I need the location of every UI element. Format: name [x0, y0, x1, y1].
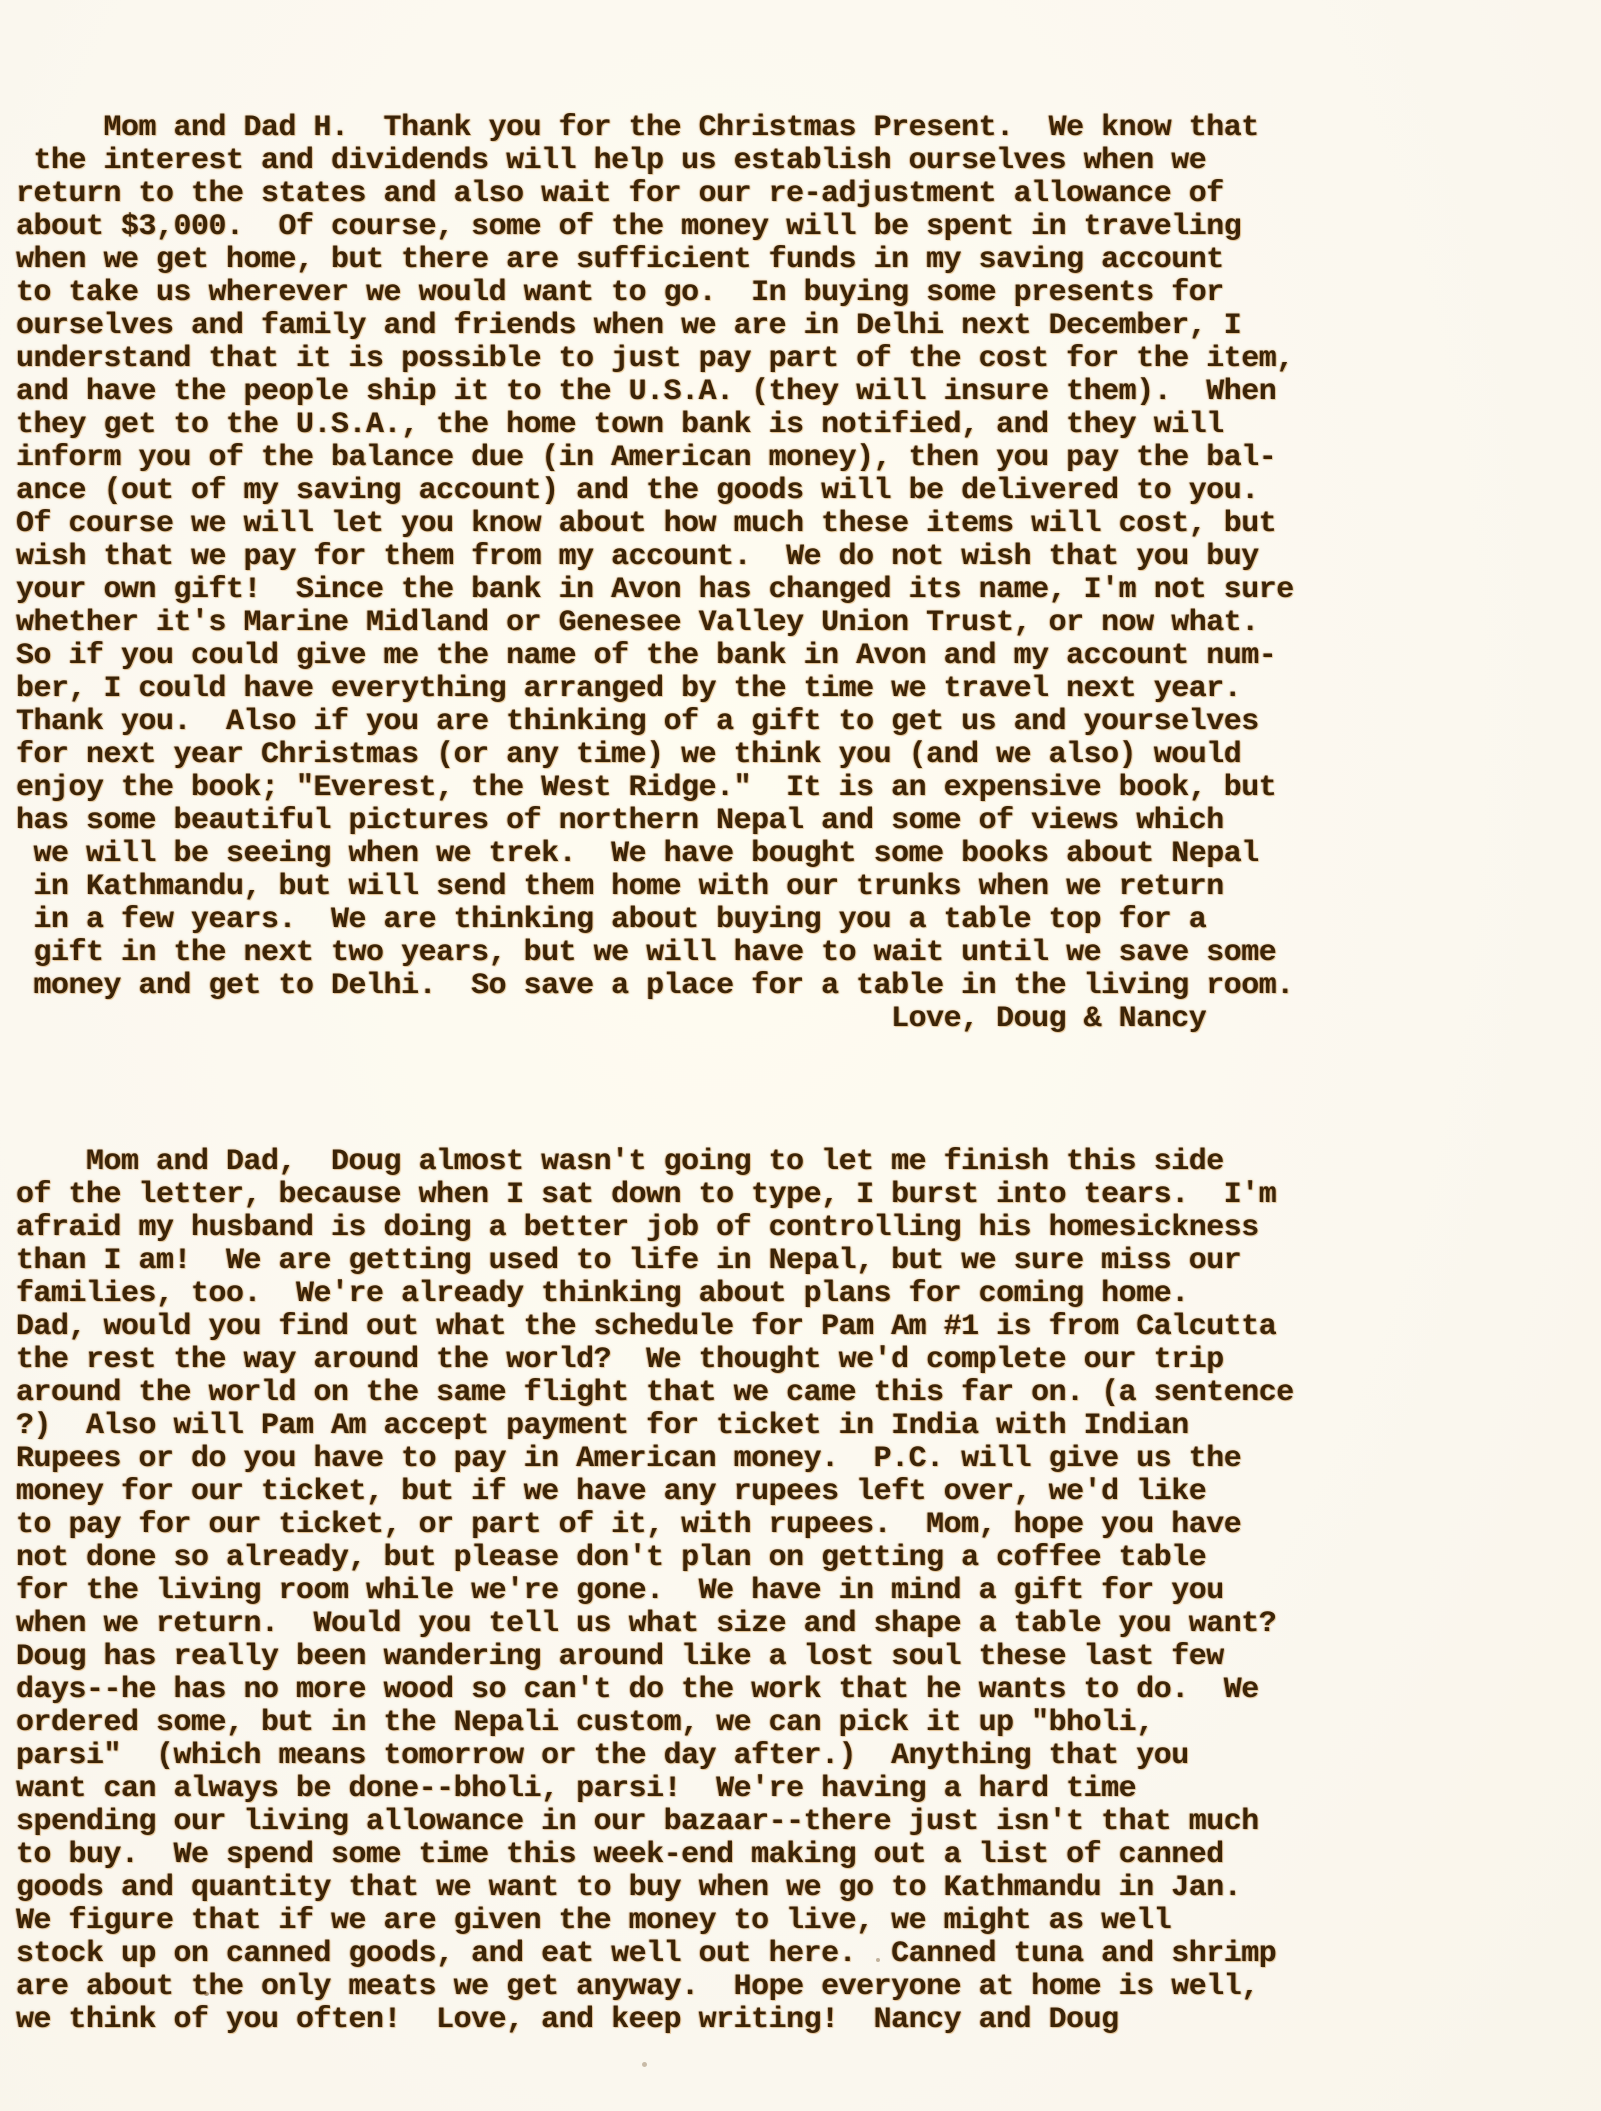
letter-paragraph-doug: Mom and Dad H. Thank you for the Christm…	[16, 112, 1576, 1036]
letter-line: spending our living allowance in our baz…	[16, 1806, 1576, 1839]
letter-line: when we get home, but there are sufficie…	[16, 244, 1576, 277]
letter-line: Of course we will let you know about how…	[16, 508, 1576, 541]
letter-line: to buy. We spend some time this week-end…	[16, 1839, 1576, 1872]
letter-line: for next year Christmas (or any time) we…	[16, 739, 1576, 772]
letter-line: the interest and dividends will help us …	[16, 145, 1576, 178]
letter-paragraph-nancy: Mom and Dad, Doug almost wasn't going to…	[16, 1146, 1576, 2037]
letter-line: they get to the U.S.A., the home town ba…	[16, 409, 1576, 442]
letter-line: not done so already, but please don't pl…	[16, 1542, 1576, 1575]
letter-line: understand that it is possible to just p…	[16, 343, 1576, 376]
letter-line: stock up on canned goods, and eat well o…	[16, 1938, 1576, 1971]
letter-line: goods and quantity that we want to buy w…	[16, 1872, 1576, 1905]
letter-line: money for our ticket, but if we have any…	[16, 1476, 1576, 1509]
ink-speck	[204, 1992, 209, 1996]
letter-line: and have the people ship it to the U.S.A…	[16, 376, 1576, 409]
letter-line: ordered some, but in the Nepali custom, …	[16, 1707, 1576, 1740]
letter-line: ber, I could have everything arranged by…	[16, 673, 1576, 706]
letter-line: days--he has no more wood so can't do th…	[16, 1674, 1576, 1707]
letter-line: are about the only meats we get anyway. …	[16, 1971, 1576, 2004]
letter-line: money and get to Delhi. So save a place …	[16, 970, 1576, 1003]
letter-line: Mom and Dad H. Thank you for the Christm…	[16, 112, 1576, 145]
letter-line: wish that we pay for them from my accoun…	[16, 541, 1576, 574]
letter-line: when we return. Would you tell us what s…	[16, 1608, 1576, 1641]
letter-line: to take us wherever we would want to go.…	[16, 277, 1576, 310]
letter-line: So if you could give me the name of the …	[16, 640, 1576, 673]
letter-line: return to the states and also wait for o…	[16, 178, 1576, 211]
letter-line: Mom and Dad, Doug almost wasn't going to…	[16, 1146, 1576, 1179]
letter-line: ?) Also will Pam Am accept payment for t…	[16, 1410, 1576, 1443]
letter-line: Doug has really been wandering around li…	[16, 1641, 1576, 1674]
letter-line: in a few years. We are thinking about bu…	[16, 904, 1576, 937]
letter-line: about $3,000. Of course, some of the mon…	[16, 211, 1576, 244]
letter-line: families, too. We're already thinking ab…	[16, 1278, 1576, 1311]
letter-line: We figure that if we are given the money…	[16, 1905, 1576, 1938]
letter-line: enjoy the book; "Everest, the West Ridge…	[16, 772, 1576, 805]
letter-line: than I am! We are getting used to life i…	[16, 1245, 1576, 1278]
letter-line: Love, Doug & Nancy	[16, 1003, 1576, 1036]
letter-line: around the world on the same flight that…	[16, 1377, 1576, 1410]
letter-body: Mom and Dad H. Thank you for the Christm…	[16, 46, 1576, 2103]
letter-line: ance (out of my saving account) and the …	[16, 475, 1576, 508]
ink-speck	[876, 1958, 880, 1962]
letter-line: the rest the way around the world? We th…	[16, 1344, 1576, 1377]
letter-line: afraid my husband is doing a better job …	[16, 1212, 1576, 1245]
ink-speck	[642, 2062, 647, 2067]
letter-line: want can always be done--bholi, parsi! W…	[16, 1773, 1576, 1806]
letter-page: Mom and Dad H. Thank you for the Christm…	[0, 0, 1601, 2111]
letter-line: whether it's Marine Midland or Genesee V…	[16, 607, 1576, 640]
letter-line: we will be seeing when we trek. We have …	[16, 838, 1576, 871]
letter-line: has some beautiful pictures of northern …	[16, 805, 1576, 838]
letter-line: Rupees or do you have to pay in American…	[16, 1443, 1576, 1476]
ink-speck	[466, 1978, 469, 1981]
letter-line: ourselves and family and friends when we…	[16, 310, 1576, 343]
letter-line: Dad, would you find out what the schedul…	[16, 1311, 1576, 1344]
letter-line: gift in the next two years, but we will …	[16, 937, 1576, 970]
letter-line: your own gift! Since the bank in Avon ha…	[16, 574, 1576, 607]
letter-line: we think of you often! Love, and keep wr…	[16, 2004, 1576, 2037]
letter-line: for the living room while we're gone. We…	[16, 1575, 1576, 1608]
letter-line: of the letter, because when I sat down t…	[16, 1179, 1576, 1212]
letter-line: parsi" (which means tomorrow or the day …	[16, 1740, 1576, 1773]
letter-line: inform you of the balance due (in Americ…	[16, 442, 1576, 475]
letter-line: to pay for our ticket, or part of it, wi…	[16, 1509, 1576, 1542]
letter-line: Thank you. Also if you are thinking of a…	[16, 706, 1576, 739]
letter-line: in Kathmandu, but will send them home wi…	[16, 871, 1576, 904]
